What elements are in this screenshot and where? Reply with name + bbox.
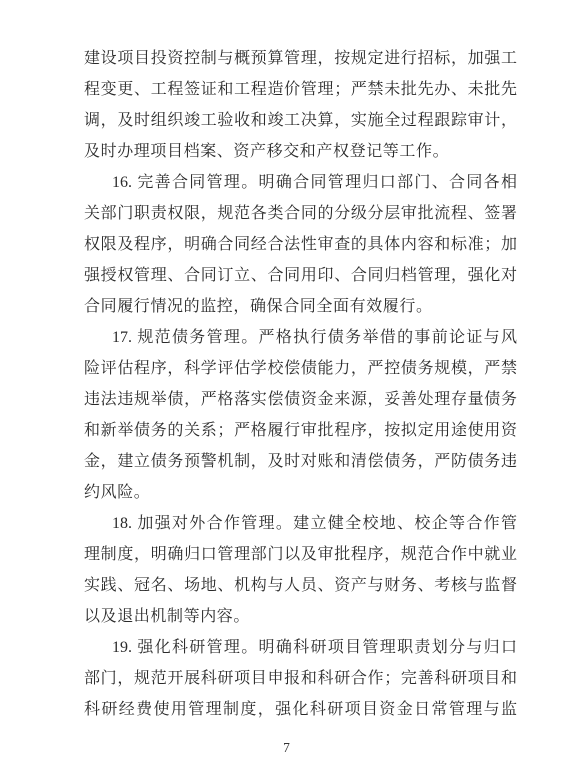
page-body-text: 建设项目投资控制与概预算管理，按规定进行招标，加强工 程变更、工程签证和工程造价… [84, 43, 517, 725]
paragraph-19: 19. 强化科研管理。明确科研项目管理职责划分与归口 部门，规范开展科研项目申报… [84, 632, 517, 725]
text-line: 险评估程序，科学评估学校偿债能力，严控债务规模，严禁 [84, 353, 517, 384]
text-line: 合同履行情况的监控，确保合同全面有效履行。 [84, 291, 517, 322]
paragraph-17: 17. 规范债务管理。严格执行债务举借的事前论证与风 险评估程序，科学评估学校偿… [84, 322, 517, 508]
text-line: 18. 加强对外合作管理。建立健全校地、校企等合作管 [84, 508, 517, 539]
paragraph: 建设项目投资控制与概预算管理，按规定进行招标，加强工 程变更、工程签证和工程造价… [84, 43, 517, 167]
document-page: 建设项目投资控制与概预算管理，按规定进行招标，加强工 程变更、工程签证和工程造价… [0, 0, 573, 766]
text-line: 17. 规范债务管理。严格执行债务举借的事前论证与风 [84, 322, 517, 353]
text-line: 和新举债务的关系；严格履行审批程序，按拟定用途使用资 [84, 415, 517, 446]
page-number: 7 [0, 740, 573, 756]
text-line: 调，及时组织竣工验收和竣工决算，实施全过程跟踪审计， [84, 105, 517, 136]
text-line: 建设项目投资控制与概预算管理，按规定进行招标，加强工 [84, 43, 517, 74]
text-line: 19. 强化科研管理。明确科研项目管理职责划分与归口 [84, 632, 517, 663]
text-line: 程变更、工程签证和工程造价管理；严禁未批先办、未批先 [84, 74, 517, 105]
text-line: 部门，规范开展科研项目申报和科研合作；完善科研项目和 [84, 663, 517, 694]
text-line: 理制度，明确归口管理部门以及审批程序，规范合作中就业 [84, 539, 517, 570]
paragraph-16: 16. 完善合同管理。明确合同管理归口部门、合同各相 关部门职责权限，规范各类合… [84, 167, 517, 322]
text-line: 以及退出机制等内容。 [84, 601, 517, 632]
text-line: 约风险。 [84, 477, 517, 508]
paragraph-18: 18. 加强对外合作管理。建立健全校地、校企等合作管 理制度，明确归口管理部门以… [84, 508, 517, 632]
text-line: 16. 完善合同管理。明确合同管理归口部门、合同各相 [84, 167, 517, 198]
text-line: 金，建立债务预警机制，及时对账和清偿债务，严防债务违 [84, 446, 517, 477]
text-line: 违法违规举债，严格落实偿债资金来源，妥善处理存量债务 [84, 384, 517, 415]
text-line: 实践、冠名、场地、机构与人员、资产与财务、考核与监督 [84, 570, 517, 601]
text-line: 科研经费使用管理制度，强化科研项目资金日常管理与监 [84, 694, 517, 725]
text-line: 强授权管理、合同订立、合同用印、合同归档管理，强化对 [84, 260, 517, 291]
text-line: 关部门职责权限，规范各类合同的分级分层审批流程、签署 [84, 198, 517, 229]
text-line: 权限及程序，明确合同经合法性审查的具体内容和标准；加 [84, 229, 517, 260]
text-line: 及时办理项目档案、资产移交和产权登记等工作。 [84, 136, 517, 167]
